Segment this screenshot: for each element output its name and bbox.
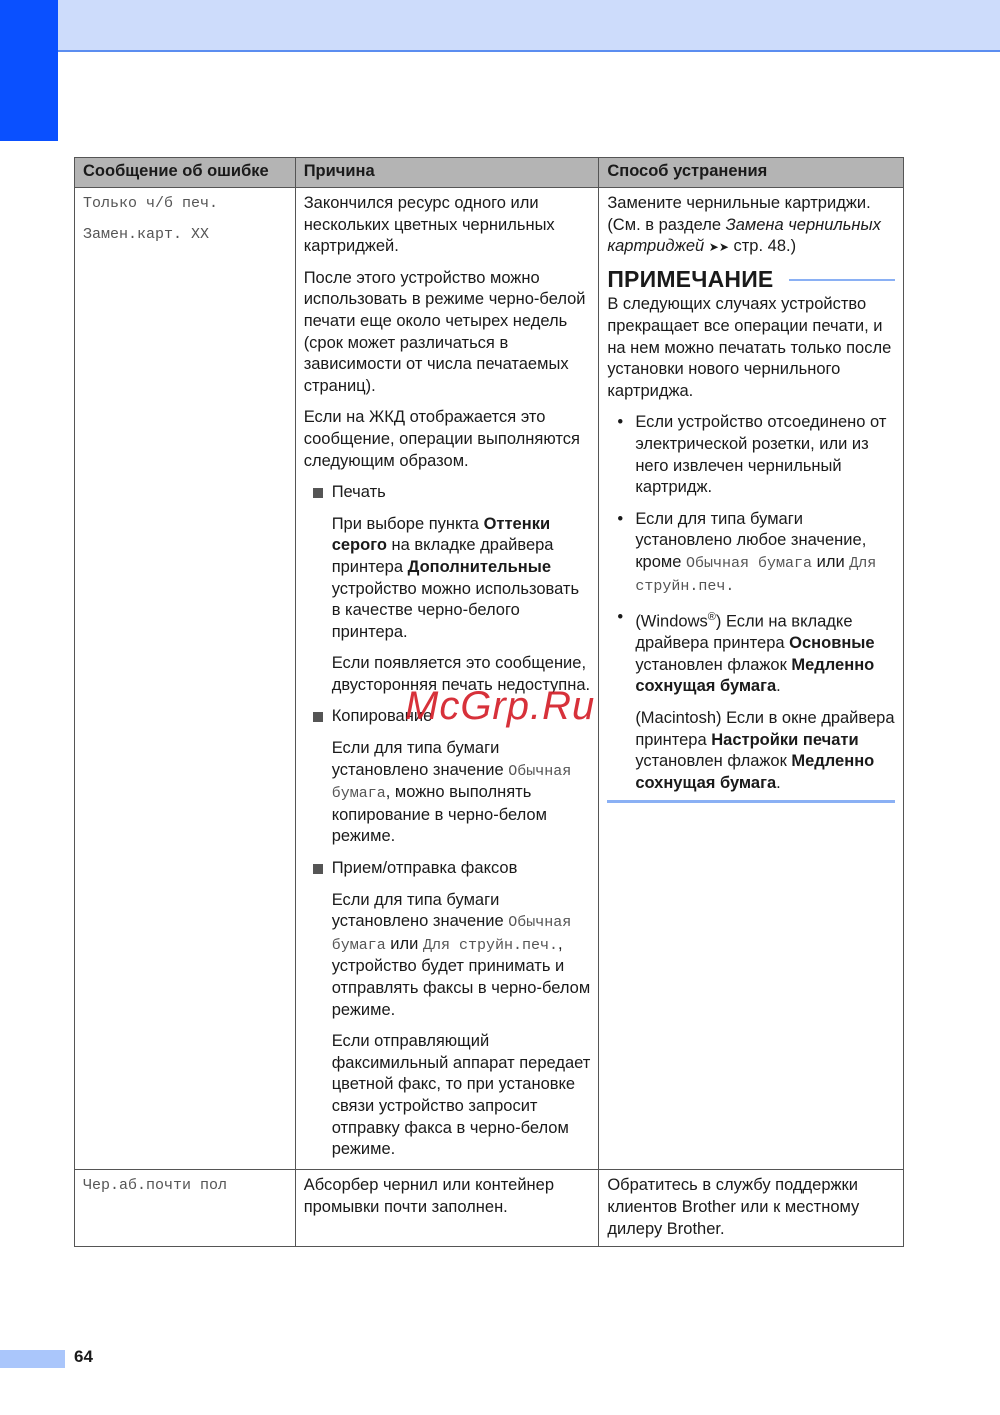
print-duplex-note: Если появляется это сообщение, двусторон… — [304, 653, 591, 696]
error-message: Замен.карт. XX — [83, 224, 287, 246]
chapter-tab — [0, 0, 58, 141]
page-number-bar — [0, 1350, 65, 1368]
note-end-rule — [607, 800, 895, 803]
note-bullet: • (Windows®) Если на вкладке драйвера пр… — [607, 607, 895, 698]
note-rule — [789, 279, 895, 281]
note-intro: В следующих случаях устройство прекращае… — [607, 294, 895, 402]
fax-description: Если для типа бумаги установлено значени… — [304, 890, 591, 1022]
print-description: При выборе пункта Оттенки серого на вкла… — [304, 514, 591, 644]
column-header-remedy: Способ устранения — [599, 158, 904, 188]
mac-note: (Macintosh) Если в окне драйвера принтер… — [607, 708, 895, 794]
bullet-icon: • — [617, 509, 623, 531]
double-arrow-icon: ➤➤ — [709, 240, 729, 254]
cause-cell: Абсорбер чернил или контейнер промывки п… — [295, 1170, 599, 1247]
cause-text: Если на ЖКД отображается это сообщение, … — [304, 407, 591, 472]
list-item-copy: Копирование — [304, 706, 591, 728]
remedy-text: Замените чернильные картриджи. (См. в ра… — [607, 193, 895, 259]
square-bullet-icon — [313, 488, 323, 498]
cause-text: После этого устройство можно использоват… — [304, 268, 591, 398]
cause-text: Закончился ресурс одного или нескольких … — [304, 193, 591, 258]
remedy-cell: Замените чернильные картриджи. (См. в ра… — [599, 188, 904, 1170]
list-item-print: Печать — [304, 482, 591, 504]
bullet-icon: • — [617, 412, 623, 434]
error-message-cell: Чер.аб.почти пол — [75, 1170, 296, 1247]
table-row: Только ч/б печ. Замен.карт. XX Закончилс… — [75, 188, 904, 1170]
error-message: Только ч/б печ. — [83, 193, 287, 215]
note-bullet: • Если устройство отсоединено от электри… — [607, 412, 895, 498]
note-bullet: • Если для типа бумаги установлено любое… — [607, 509, 895, 597]
cause-cell: Закончился ресурс одного или нескольких … — [295, 188, 599, 1170]
column-header-error: Сообщение об ошибке — [75, 158, 296, 188]
bullet-icon: • — [617, 607, 623, 629]
header-band — [58, 0, 1000, 52]
page-number: 64 — [74, 1347, 93, 1367]
fax-color-note: Если отправляющий факсимильный аппарат п… — [304, 1031, 591, 1161]
table-row: Чер.аб.почти пол Абсорбер чернил или кон… — [75, 1170, 904, 1247]
square-bullet-icon — [313, 864, 323, 874]
table-header-row: Сообщение об ошибке Причина Способ устра… — [75, 158, 904, 188]
square-bullet-icon — [313, 712, 323, 722]
error-message: Чер.аб.почти пол — [83, 1175, 287, 1197]
error-table: Сообщение об ошибке Причина Способ устра… — [74, 157, 904, 1247]
copy-description: Если для типа бумаги установлено значени… — [304, 738, 591, 848]
remedy-cell: Обратитесь в службу поддержки клиентов B… — [599, 1170, 904, 1247]
column-header-cause: Причина — [295, 158, 599, 188]
note-heading: ПРИМЕЧАНИЕ — [607, 269, 895, 291]
error-message-cell: Только ч/б печ. Замен.карт. XX — [75, 188, 296, 1170]
list-item-fax: Прием/отправка факсов — [304, 858, 591, 880]
